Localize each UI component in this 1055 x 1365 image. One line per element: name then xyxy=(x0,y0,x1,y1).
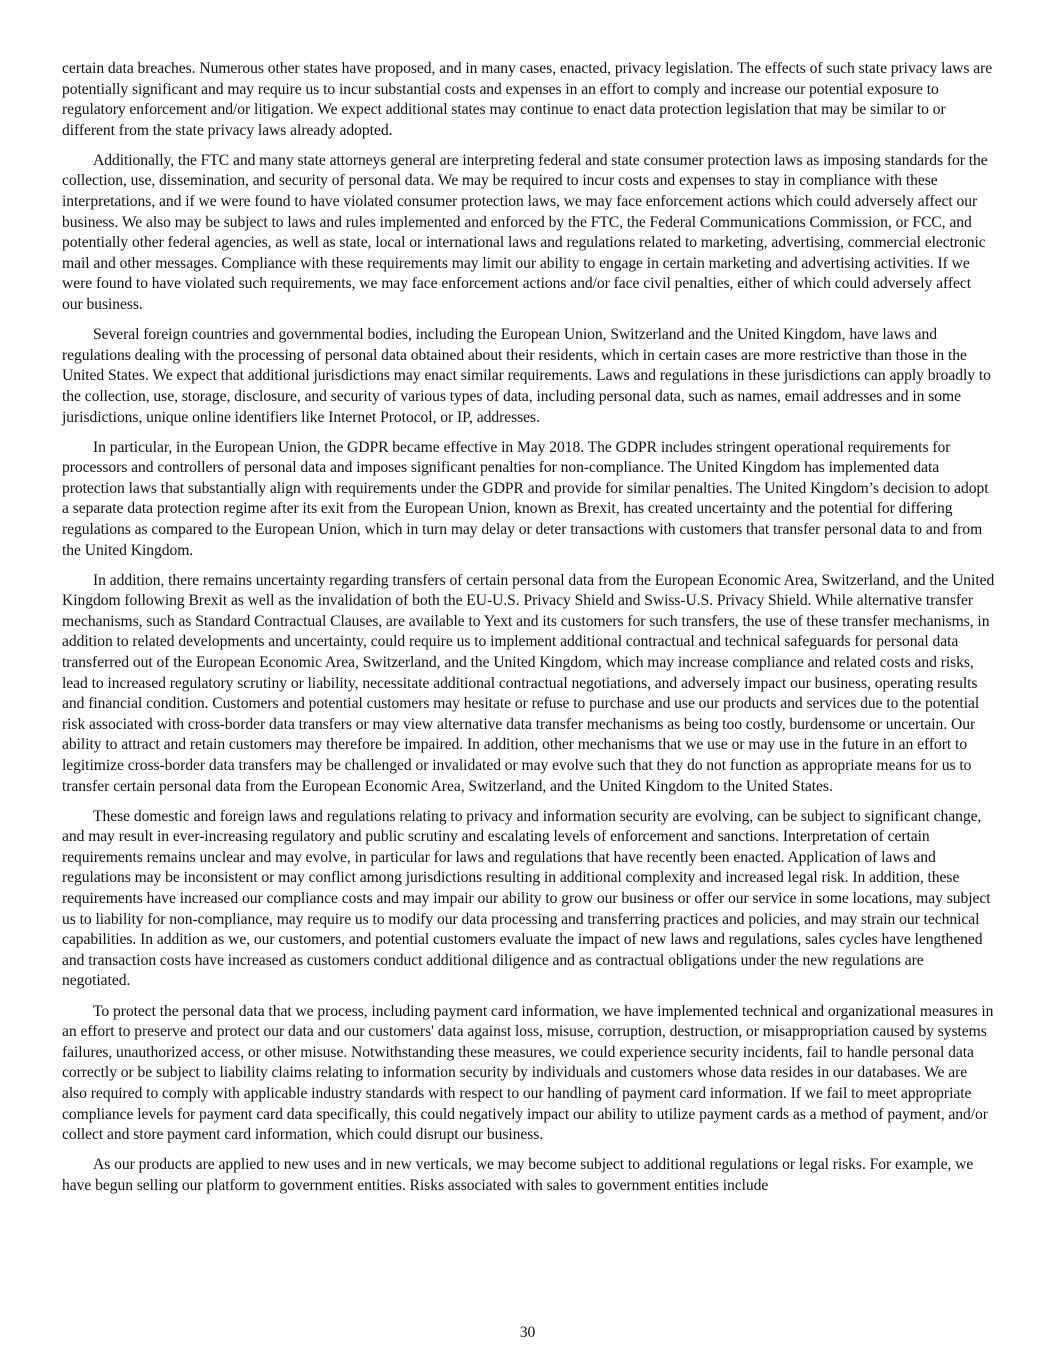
paragraph-cross-border-transfers: In addition, there remains uncertainty r… xyxy=(62,571,995,798)
paragraph-payment-card-data: To protect the personal data that we pro… xyxy=(62,1002,995,1146)
paragraph-new-verticals: As our products are applied to new uses … xyxy=(62,1155,995,1196)
paragraph-evolving-regulations: These domestic and foreign laws and regu… xyxy=(62,807,995,992)
document-page: certain data breaches. Numerous other st… xyxy=(62,59,995,1206)
paragraph-state-privacy-laws: certain data breaches. Numerous other st… xyxy=(62,59,995,141)
page-number: 30 xyxy=(0,1323,1055,1343)
paragraph-foreign-laws: Several foreign countries and government… xyxy=(62,325,995,428)
paragraph-ftc-consumer-protection: Additionally, the FTC and many state att… xyxy=(62,151,995,316)
paragraph-gdpr: In particular, in the European Union, th… xyxy=(62,438,995,562)
